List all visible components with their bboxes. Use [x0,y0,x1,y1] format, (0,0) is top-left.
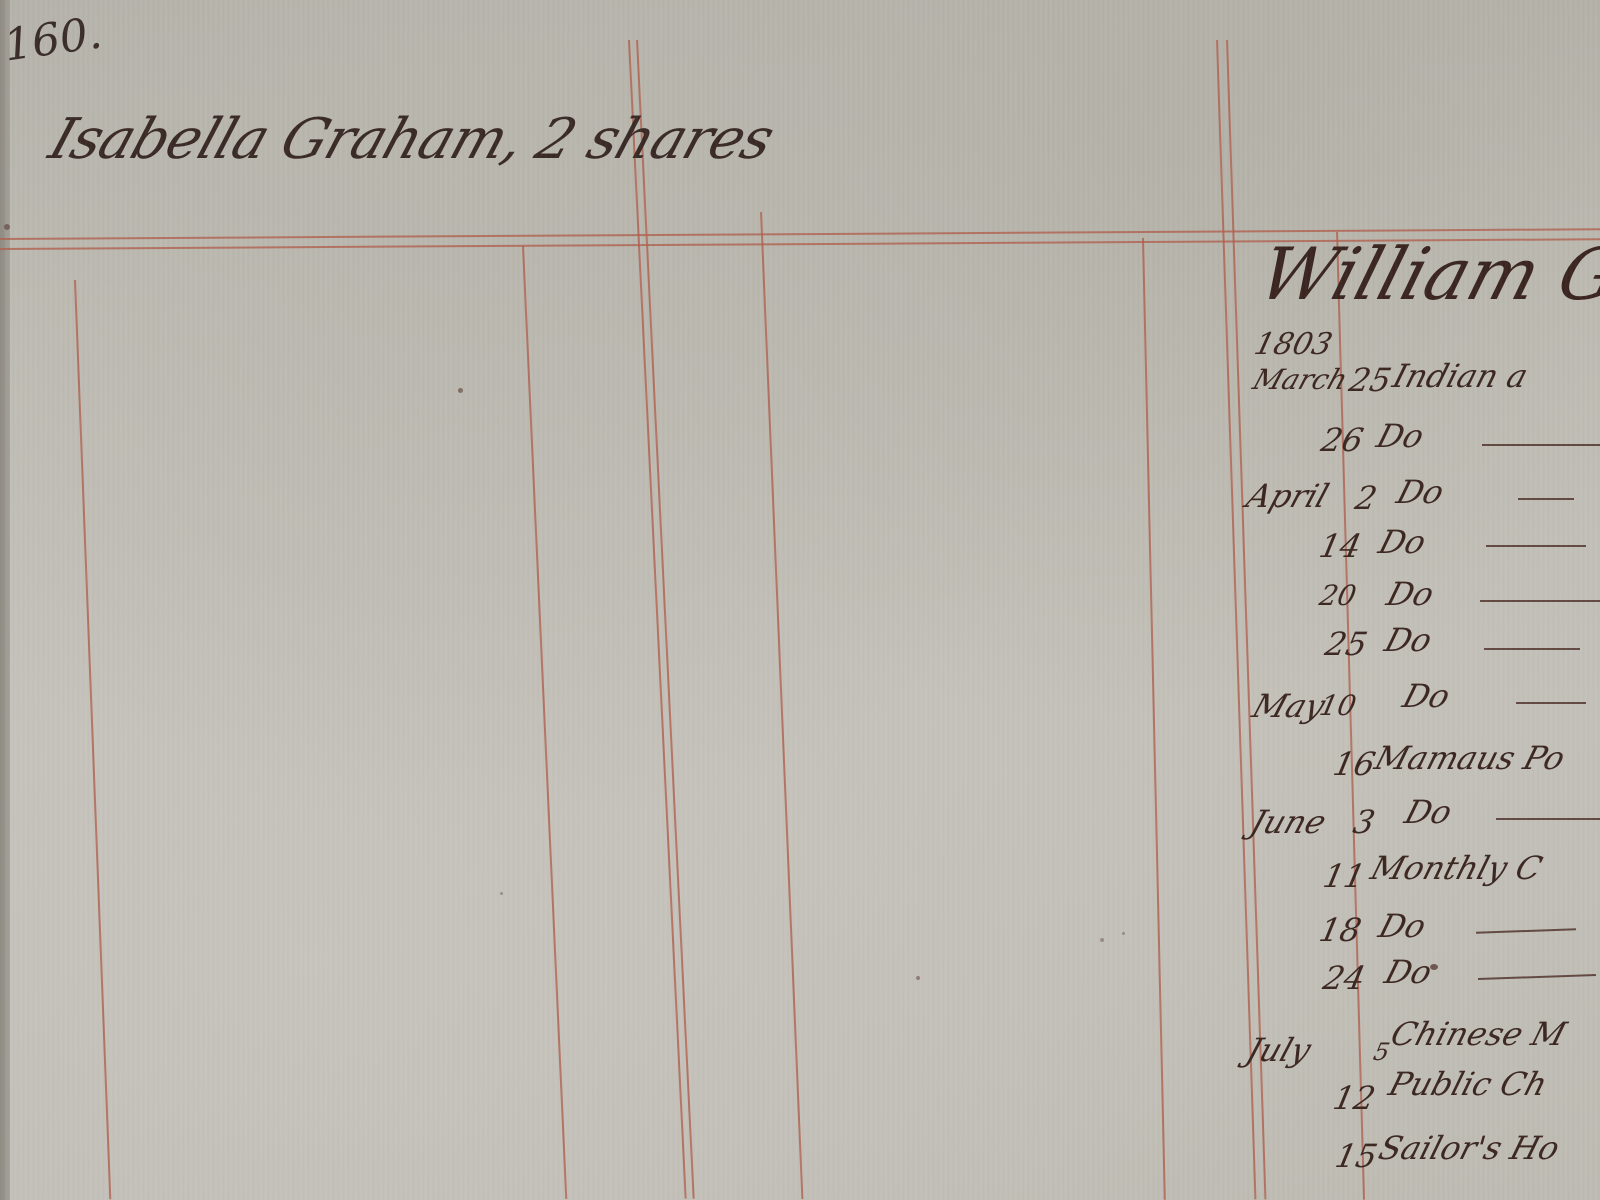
right-account-name: William G [1252,238,1600,310]
entry-day: 3 [1351,806,1378,838]
entry-description: Do [1375,910,1429,942]
entry-description: Mamaus Po [1371,742,1568,774]
ditto-line [1518,498,1574,500]
entry-description: Do [1383,578,1437,610]
page-number: 160. [1,11,104,68]
page-divider-rule-b [1226,40,1266,1199]
column-rule-4 [1142,238,1166,1200]
ditto-line [1478,974,1596,980]
entry-description: Do [1399,680,1453,712]
column-rule-2a [628,40,687,1199]
foxing-spot [916,976,920,980]
entry-day: 11 [1321,860,1369,892]
entry-day: 25 [1323,628,1371,660]
entry-day: 20 [1317,582,1359,610]
ink-spot [4,224,10,230]
ink-spot [458,388,463,393]
entry-month: March [1249,366,1351,394]
margin-rule [74,280,111,1199]
ditto-line [1496,818,1600,820]
column-rule-2b [636,40,695,1199]
entry-day: 18 [1317,914,1365,946]
ink-spot [1430,964,1438,970]
entry-description: Do [1401,796,1455,828]
page-binding-edge [0,0,10,1200]
entry-month: April [1243,480,1333,512]
entry-month: July [1243,1034,1315,1066]
entry-day: 12 [1331,1082,1379,1114]
entry-year: 1803 [1251,330,1335,360]
entry-day: 15 [1333,1140,1381,1172]
entry-description: Do [1381,624,1435,656]
entry-day: 25 [1347,364,1395,396]
foxing-spot [1100,938,1104,942]
entry-description: Monthly C [1367,852,1545,884]
ditto-line [1476,928,1576,933]
entry-day: 26 [1319,424,1367,456]
entry-description: Do [1373,420,1427,452]
entry-month: June [1247,806,1330,838]
column-rule-3 [760,212,803,1199]
page-divider-rule-a [1216,40,1256,1199]
entry-day: 14 [1317,530,1365,562]
entry-description: Chinese M [1387,1018,1569,1050]
entry-description: Indian a [1389,360,1531,392]
entry-day: 2 [1353,482,1380,514]
foxing-spot [500,892,503,895]
entry-description: Public Ch [1385,1068,1550,1100]
entry-day: 10 [1317,692,1359,720]
ditto-line [1486,545,1586,547]
entry-description: Do [1375,526,1429,558]
column-rule-1 [522,246,567,1199]
entry-description: Do [1381,956,1435,988]
entry-day: 24 [1321,962,1369,994]
ditto-line [1516,702,1586,704]
ditto-line [1482,444,1600,446]
ditto-line [1484,648,1580,650]
ledger-page-photo: 160. Isabella Graham, 2 shares William G… [0,0,1600,1200]
entry-description: Do [1393,476,1447,508]
ditto-line [1480,600,1600,602]
entry-description: Sailor's Ho [1375,1132,1563,1164]
foxing-spot [1122,932,1125,935]
account-heading: Isabella Graham, 2 shares [43,112,780,168]
